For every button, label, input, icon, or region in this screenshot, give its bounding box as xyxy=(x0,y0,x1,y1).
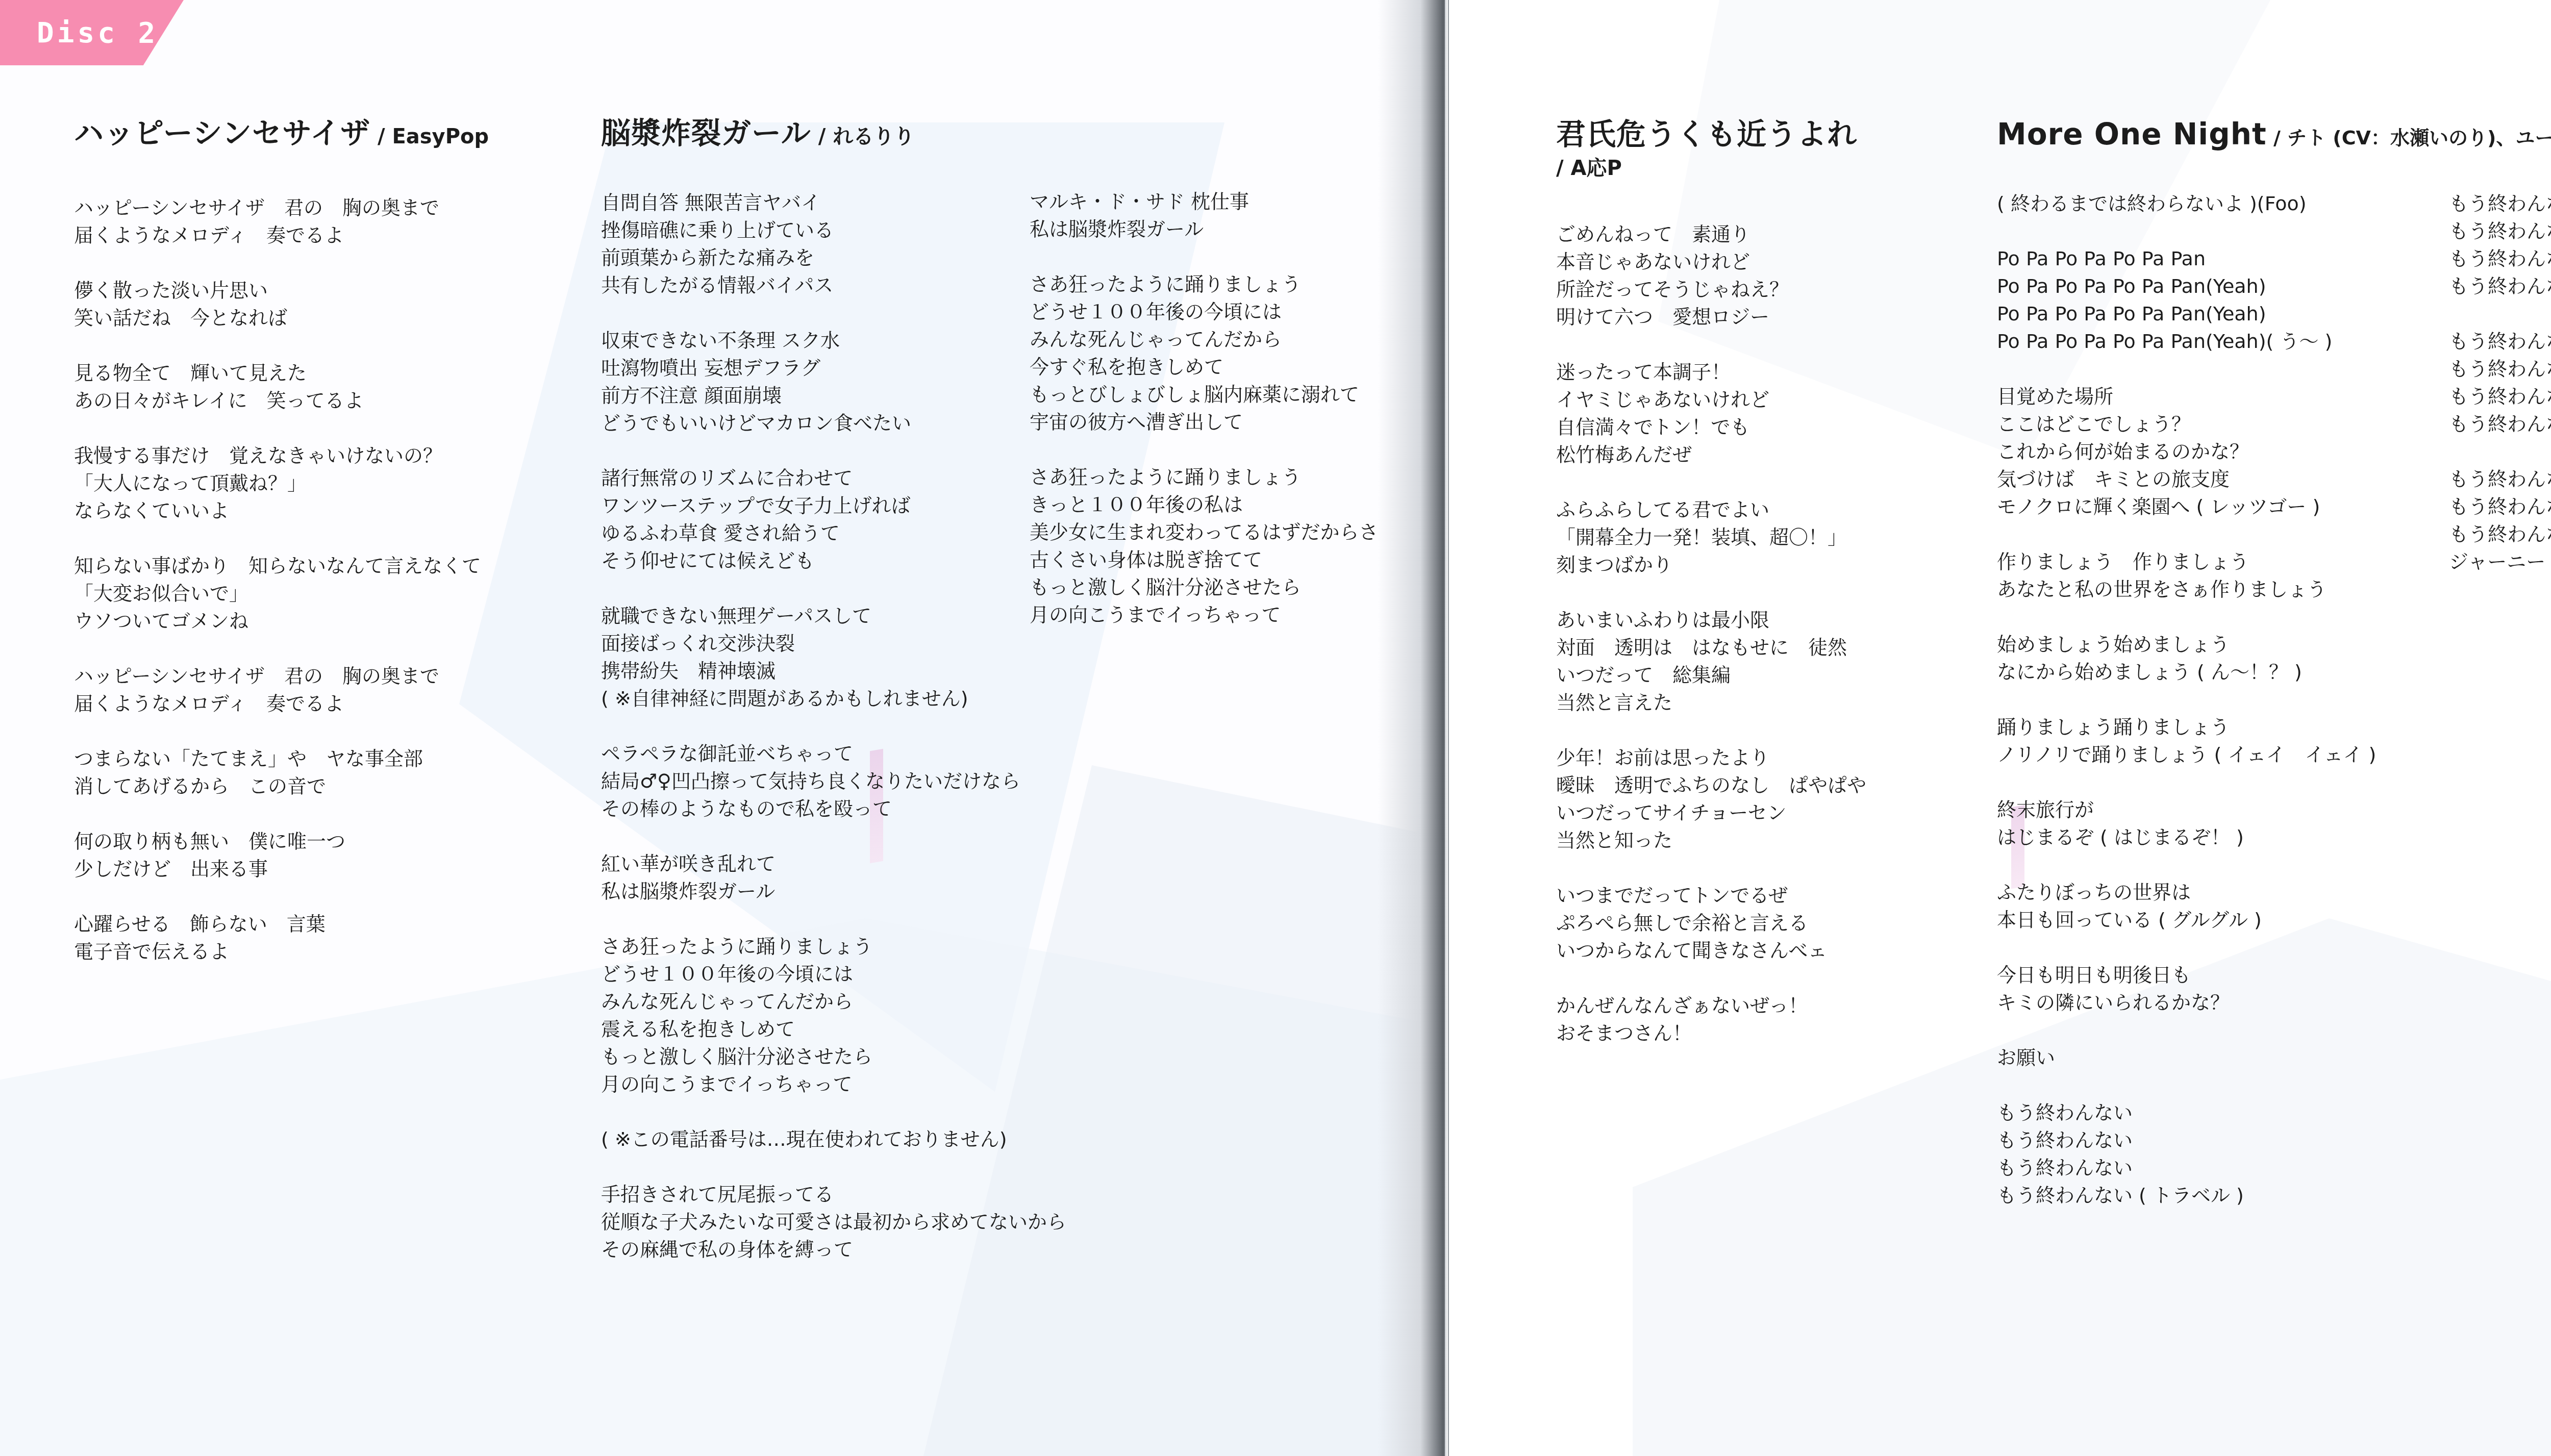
lyric-line: 「大人になって頂戴ね？」 xyxy=(74,469,533,497)
lyric-line: 面接ばっくれ交渉決裂 xyxy=(601,630,1111,657)
lyric-line: もっと激しく脳汁分泌させたら xyxy=(601,1043,1111,1070)
lyric-line: その麻縄で私の身体を縛って xyxy=(601,1236,1111,1263)
lyric-line: いつまでだってトンでるぜ xyxy=(1556,882,1964,909)
stanza: 紅い華が咲き乱れて私は脳漿炸裂ガール xyxy=(601,850,1111,905)
lyric-line: これから何が始まるのかな？ xyxy=(1997,438,2431,465)
stanza: 手招きされて尻尾振ってる従順な子犬みたいな可愛さは最初から求めてないからその麻縄… xyxy=(601,1181,1111,1263)
lyric-line: 曖昧 透明でふちのなし ぱやぱや xyxy=(1556,771,1964,799)
lyric-line: 目覚めた場所 xyxy=(1997,383,2431,410)
lyric-line: もう終わんない (one more time) xyxy=(2449,410,2551,438)
lyric-line: さあ狂ったように踊りましょう xyxy=(601,933,1111,960)
lyric-line: 電子音で伝えるよ xyxy=(74,938,533,965)
song-noushou-sakuretsu-girl: 脳漿炸裂ガール / れるりり 自問自答 無限苦言ヤバイ挫傷暗礁に乗り上げている前… xyxy=(601,117,914,150)
lyric-line: 少しだけど 出来る事 xyxy=(74,855,533,883)
lyric-line: ジャーニー xyxy=(2449,548,2551,575)
lyric-line: もう終わんない xyxy=(1997,1154,2431,1182)
lyric-line: 届くようなメロディ 奏でるよ xyxy=(74,221,533,249)
song-title: More One Night / チト (CV：水瀬いのり)、ユーリ (CV：久… xyxy=(1997,118,2551,151)
lyric-line: 知らない事ばかり 知らないなんて言えなくて xyxy=(74,552,533,580)
lyric-line: もう終わんない xyxy=(2449,493,2551,520)
song-title: 君氏危うくも近うよれ / A応P xyxy=(1556,118,1857,180)
stanza: 迷ったって本調子！イヤミじゃあないけれど自信満々でトン！でも松竹梅あんだぜ xyxy=(1556,358,1964,468)
lyric-line: 「開幕全力一発！装填、超〇！」 xyxy=(1556,523,1964,551)
lyric-line: さあ狂ったように踊りましょう xyxy=(1030,270,1379,298)
stanza: 儚く散った淡い片思い笑い話だね 今となれば xyxy=(74,277,533,332)
song-title-text: ハッピーシンセサイザ xyxy=(74,116,370,150)
stanza: 何の取り柄も無い 僕に唯一つ少しだけど 出来る事 xyxy=(74,827,533,883)
stanza: さあ狂ったように踊りましょうどうせ１００年後の今頃にはみんな死んじゃってんだから… xyxy=(601,933,1111,1098)
lyric-line: お願い xyxy=(1997,1044,2431,1071)
lyric-line: もう終わんない xyxy=(2449,245,2551,272)
lyric-line: なにから始めましょう ( ん～！？ ) xyxy=(1997,658,2431,686)
song-title: 脳漿炸裂ガール / れるりり xyxy=(601,117,914,150)
stanza: 知らない事ばかり 知らないなんて言えなくて「大変お似合いで」ウソついてゴメンね xyxy=(74,552,533,635)
song-title-text: 君氏危うくも近うよれ xyxy=(1556,117,1857,152)
song-kimiuji-ayauku-mo-chikau-yore: 君氏危うくも近うよれ / A応P ごめんねって 素通り本音じゃあないけれど所詮だ… xyxy=(1556,118,1857,180)
lyric-line: 消してあげるから この音で xyxy=(74,772,533,800)
stanza: ハッピーシンセサイザ 君の 胸の奥まで届くようなメロディ 奏でるよ xyxy=(74,662,533,717)
lyric-line: 明けて六つ 愛想ロジー xyxy=(1556,303,1964,331)
lyric-line: 何の取り柄も無い 僕に唯一つ xyxy=(74,827,533,855)
stanza: 始めましょう始めましょうなにから始めましょう ( ん～！？ ) xyxy=(1997,631,2431,686)
lyric-line: 本音じゃあないけれど xyxy=(1556,248,1964,275)
lyric-line: もう終わんない xyxy=(2449,328,2551,355)
lyric-line: 手招きされて尻尾振ってる xyxy=(601,1181,1111,1208)
stanza: 今日も明日も明後日もキミの隣にいられるかな？ xyxy=(1997,961,2431,1016)
lyric-line: みんな死んじゃってんだから xyxy=(601,988,1111,1015)
lyric-line: はじまるぞ ( はじまるぞ！ ) xyxy=(1997,823,2431,851)
lyric-line: みんな死んじゃってんだから xyxy=(1030,325,1379,353)
lyric-line: 作りましょう 作りましょう xyxy=(1997,548,2431,575)
lyric-line: ふらふらしてる君でよい xyxy=(1556,496,1964,523)
lyric-line: 見る物全て 輝いて見えた xyxy=(74,359,533,387)
lyric-line: 終末旅行が xyxy=(1997,796,2431,823)
song-artist: / れるりり xyxy=(811,125,914,148)
stanza: かんぜんなんざぁないぜっ！おそまつさん！ xyxy=(1556,992,1964,1047)
lyric-line: ノリノリで踊りましょう ( イェイ イェイ ) xyxy=(1997,741,2431,768)
song-title-text: More One Night xyxy=(1997,117,2267,152)
stanza: マルキ・ド・サド 枕仕事私は脳漿炸裂ガール xyxy=(1030,188,1379,243)
lyric-line: あの日々がキレイに 笑ってるよ xyxy=(74,387,533,414)
lyric-line: 美少女に生まれ変わってるはずだからさ xyxy=(1030,518,1379,546)
booklet-spine-shadow xyxy=(1378,0,1449,1456)
song-noushou-sakuretsu-girl-continued: マルキ・ド・サド 枕仕事私は脳漿炸裂ガール さあ狂ったように踊りましょうどうせ１… xyxy=(1030,188,1379,629)
lyric-line: 笑い話だね 今となれば xyxy=(74,304,533,332)
lyric-line: 今日も明日も明後日も xyxy=(1997,961,2431,989)
song-happy-synthesizer: ハッピーシンセサイザ / EasyPop ハッピーシンセサイザ 君の 胸の奥まで… xyxy=(74,117,489,150)
lyric-line: かんぜんなんざぁないぜっ！ xyxy=(1556,992,1964,1019)
lyric-line: 震える私を抱きしめて xyxy=(601,1015,1111,1043)
stanza: ( ※この電話番号は…現在使われておりません) xyxy=(601,1125,1111,1153)
lyric-line: 届くようなメロディ 奏でるよ xyxy=(74,690,533,717)
lyric-line: Po Pa Po Pa Po Pa Pan(Yeah) xyxy=(1997,272,2431,300)
lyric-line: ( ※自律神経に問題があるかもしれません) xyxy=(601,685,1111,712)
lyric-line: 我慢する事だけ 覚えなきゃいけないの？ xyxy=(74,442,533,469)
lyric-line: つまらない「たてまえ」や ヤな事全部 xyxy=(74,745,533,772)
stanza: さあ狂ったように踊りましょうきっと１００年後の私は美少女に生まれ変わってるはずだ… xyxy=(1030,463,1379,629)
stanza: もう終わんないもう終わんないもう終わんないもう終わんない (one more t… xyxy=(2449,328,2551,438)
stanza: Po Pa Po Pa Po Pa PanPo Pa Po Pa Po Pa P… xyxy=(1997,245,2431,355)
lyric-line: 宇宙の彼方へ漕ぎ出して xyxy=(1030,408,1379,436)
stanza: 見る物全て 輝いて見えたあの日々がキレイに 笑ってるよ xyxy=(74,359,533,414)
lyric-line: もう終わんない xyxy=(2449,217,2551,245)
lyric-line: 儚く散った淡い片思い xyxy=(74,277,533,304)
lyric-line: もう終わんない ( ジャーニー ) xyxy=(2449,272,2551,300)
lyric-line: 刻まつばかり xyxy=(1556,551,1964,579)
lyric-line: 本日も回っている ( グルグル ) xyxy=(1997,906,2431,934)
stanza: もう終わんないもう終わんないもう終わんないもう終わんない ( ジャーニー ) xyxy=(2449,190,2551,300)
stanza: 作りましょう 作りましょうあなたと私の世界をさぁ作りましょう xyxy=(1997,548,2431,603)
lyric-line: ( ※この電話番号は…現在使われておりません) xyxy=(601,1125,1111,1153)
song-title-text: 脳漿炸裂ガール xyxy=(601,116,811,150)
lyric-line: きっと１００年後の私は xyxy=(1030,491,1379,518)
lyric-line: 私は脳漿炸裂ガール xyxy=(601,877,1111,905)
stanza: ( 終わるまでは終わらないよ )(Foo) xyxy=(1997,190,2431,217)
stanza: あいまいふわりは最小限対面 透明は はなもせに 徒然いつだって 総集編当然と言え… xyxy=(1556,606,1964,716)
stanza: ごめんねって 素通り本音じゃあないけれど所詮だってそうじゃねえ？明けて六つ 愛想… xyxy=(1556,220,1964,331)
lyric-line: おそまつさん！ xyxy=(1556,1019,1964,1047)
lyrics: ごめんねって 素通り本音じゃあないけれど所詮だってそうじゃねえ？明けて六つ 愛想… xyxy=(1556,220,1964,1047)
lyric-line: マルキ・ド・サド 枕仕事 xyxy=(1030,188,1379,215)
lyric-line: もう終わんない ( トラベル ) xyxy=(1997,1182,2431,1209)
song-artist: / A応P xyxy=(1556,157,1857,180)
lyric-line: 少年！お前は思ったより xyxy=(1556,744,1964,771)
song-artist: / チト (CV：水瀬いのり)、ユーリ (CV：久保ユリカ) xyxy=(2267,127,2551,149)
lyric-line: ハッピーシンセサイザ 君の 胸の奥まで xyxy=(74,194,533,221)
lyric-line: あなたと私の世界をさぁ作りましょう xyxy=(1997,575,2431,603)
stanza: もう終わんないもう終わんないもう終わんない (Yes ！ )ジャーニー xyxy=(2449,465,2551,575)
lyric-line: もう終わんない xyxy=(2449,383,2551,410)
lyric-line: ぷろぺら無しで余裕と言える xyxy=(1556,909,1964,937)
lyric-line: 携帯紛失 精神壊滅 xyxy=(601,657,1111,685)
lyric-line: もっと激しく脳汁分泌させたら xyxy=(1030,573,1379,601)
lyric-line: ここはどこでしょう？ xyxy=(1997,410,2431,438)
lyric-line: もっとびしょびしょ脳内麻薬に溺れて xyxy=(1030,381,1379,408)
lyric-line: 月の向こうまでイっちゃって xyxy=(601,1070,1111,1098)
lyric-line: ( 終わるまでは終わらないよ )(Foo) xyxy=(1997,190,2431,217)
lyric-line: 紅い華が咲き乱れて xyxy=(601,850,1111,877)
stanza: ふらふらしてる君でよい「開幕全力一発！装填、超〇！」刻まつばかり xyxy=(1556,496,1964,579)
lyric-line: ふたりぼっちの世界は xyxy=(1997,878,2431,906)
stanza: 踊りましょう踊りましょうノリノリで踊りましょう ( イェイ イェイ ) xyxy=(1997,713,2431,768)
lyric-line: もう終わんない xyxy=(1997,1099,2431,1126)
lyric-line: もう終わんない (Yes ！ ) xyxy=(2449,520,2551,548)
stanza: 心躍らせる 飾らない 言葉電子音で伝えるよ xyxy=(74,910,533,965)
lyric-line: ごめんねって 素通り xyxy=(1556,220,1964,248)
lyric-line: Po Pa Po Pa Po Pa Pan xyxy=(1997,245,2431,272)
lyric-line: ウソついてゴメンね xyxy=(74,607,533,635)
lyric-line: ペラペラな御託並べちゃって xyxy=(601,740,1111,767)
lyric-line: どうせ１００年後の今頃には xyxy=(601,960,1111,988)
lyric-line: 当然と言えた xyxy=(1556,689,1964,716)
lyric-line: ハッピーシンセサイザ 君の 胸の奥まで xyxy=(74,662,533,690)
lyric-line: もう終わんない xyxy=(1997,1126,2431,1154)
lyric-line: もう終わんない xyxy=(2449,355,2551,383)
lyric-line: 所詮だってそうじゃねえ？ xyxy=(1556,275,1964,303)
lyric-line: いつからなんて聞きなさんべェ xyxy=(1556,937,1964,964)
lyric-line: イヤミじゃあないけれど xyxy=(1556,386,1964,413)
lyric-line: その棒のようなもので私を殴って xyxy=(601,795,1111,822)
lyric-line: 踊りましょう踊りましょう xyxy=(1997,713,2431,741)
lyric-line: いつだってサイチョーセン xyxy=(1556,799,1964,826)
lyric-line: 今すぐ私を抱きしめて xyxy=(1030,353,1379,381)
lyric-line: 結局♂♀凹凸擦って気持ち良くなりたいだけなら xyxy=(601,767,1111,795)
lyric-line: 松竹梅あんだぜ xyxy=(1556,441,1964,468)
lyric-line: ならなくていいよ xyxy=(74,497,533,524)
lyric-line: モノクロに輝く楽園へ ( レッツゴー ) xyxy=(1997,493,2431,520)
stanza: 目覚めた場所ここはどこでしょう？これから何が始まるのかな？気づけば キミとの旅支… xyxy=(1997,383,2431,520)
lyric-line: もう終わんない xyxy=(2449,190,2551,217)
lyric-line: 始めましょう始めましょう xyxy=(1997,631,2431,658)
lyric-line: 私は脳漿炸裂ガール xyxy=(1030,215,1379,243)
lyric-line: 迷ったって本調子！ xyxy=(1556,358,1964,386)
lyric-line: さあ狂ったように踊りましょう xyxy=(1030,463,1379,491)
lyric-line: あいまいふわりは最小限 xyxy=(1556,606,1964,634)
lyrics: ハッピーシンセサイザ 君の 胸の奥まで届くようなメロディ 奏でるよ 儚く散った淡… xyxy=(74,194,533,965)
lyric-line: 月の向こうまでイっちゃって xyxy=(1030,601,1379,629)
lyric-line: いつだって 総集編 xyxy=(1556,661,1964,689)
lyric-line: もう終わんない xyxy=(2449,465,2551,493)
song-title: ハッピーシンセサイザ / EasyPop xyxy=(74,117,489,150)
stanza: ふたりぼっちの世界は本日も回っている ( グルグル ) xyxy=(1997,878,2431,934)
song-more-one-night-continued: もう終わんないもう終わんないもう終わんないもう終わんない ( ジャーニー ) も… xyxy=(2449,190,2551,575)
lyric-line: Po Pa Po Pa Po Pa Pan(Yeah) xyxy=(1997,300,2431,328)
lyric-line: キミの隣にいられるかな？ xyxy=(1997,989,2431,1016)
stanza: 我慢する事だけ 覚えなきゃいけないの？「大人になって頂戴ね？」ならなくていいよ xyxy=(74,442,533,524)
stanza: ペラペラな御託並べちゃって結局♂♀凹凸擦って気持ち良くなりたいだけならその棒のよ… xyxy=(601,740,1111,822)
stanza: ハッピーシンセサイザ 君の 胸の奥まで届くようなメロディ 奏でるよ xyxy=(74,194,533,249)
song-more-one-night: More One Night / チト (CV：水瀬いのり)、ユーリ (CV：久… xyxy=(1997,118,2551,151)
lyrics: ( 終わるまでは終わらないよ )(Foo) Po Pa Po Pa Po Pa … xyxy=(1997,190,2431,1209)
song-artist: / EasyPop xyxy=(370,125,489,148)
booklet-spine-edge xyxy=(1445,0,1448,1456)
lyric-line: どうせ１００年後の今頃には xyxy=(1030,298,1379,325)
lyric-line: 自信満々でトン！でも xyxy=(1556,413,1964,441)
stanza: つまらない「たてまえ」や ヤな事全部消してあげるから この音で xyxy=(74,745,533,800)
stanza: さあ狂ったように踊りましょうどうせ１００年後の今頃にはみんな死んじゃってんだから… xyxy=(1030,270,1379,436)
stanza: いつまでだってトンでるぜぷろぺら無しで余裕と言えるいつからなんて聞きなさんべェ xyxy=(1556,882,1964,964)
stanza: お願い xyxy=(1997,1044,2431,1071)
lyric-line: Po Pa Po Pa Po Pa Pan(Yeah)( う～ ) xyxy=(1997,328,2431,355)
stanza: 終末旅行がはじまるぞ ( はじまるぞ！ ) xyxy=(1997,796,2431,851)
lyric-line: 従順な子犬みたいな可愛さは最初から求めてないから xyxy=(601,1208,1111,1236)
disc-badge-label: Disc 2 xyxy=(37,16,158,49)
stanza: もう終わんないもう終わんないもう終わんないもう終わんない ( トラベル ) xyxy=(1997,1099,2431,1209)
stanza: 少年！お前は思ったより曖昧 透明でふちのなし ぱやぱやいつだってサイチョーセン当… xyxy=(1556,744,1964,854)
lyric-line: 気づけば キミとの旅支度 xyxy=(1997,465,2431,493)
lyric-line: 古くさい身体は脱ぎ捨てて xyxy=(1030,546,1379,573)
lyric-line: 当然と知った xyxy=(1556,826,1964,854)
lyric-line: 対面 透明は はなもせに 徒然 xyxy=(1556,634,1964,661)
lyric-line: 「大変お似合いで」 xyxy=(74,580,533,607)
lyric-line: 心躍らせる 飾らない 言葉 xyxy=(74,910,533,938)
